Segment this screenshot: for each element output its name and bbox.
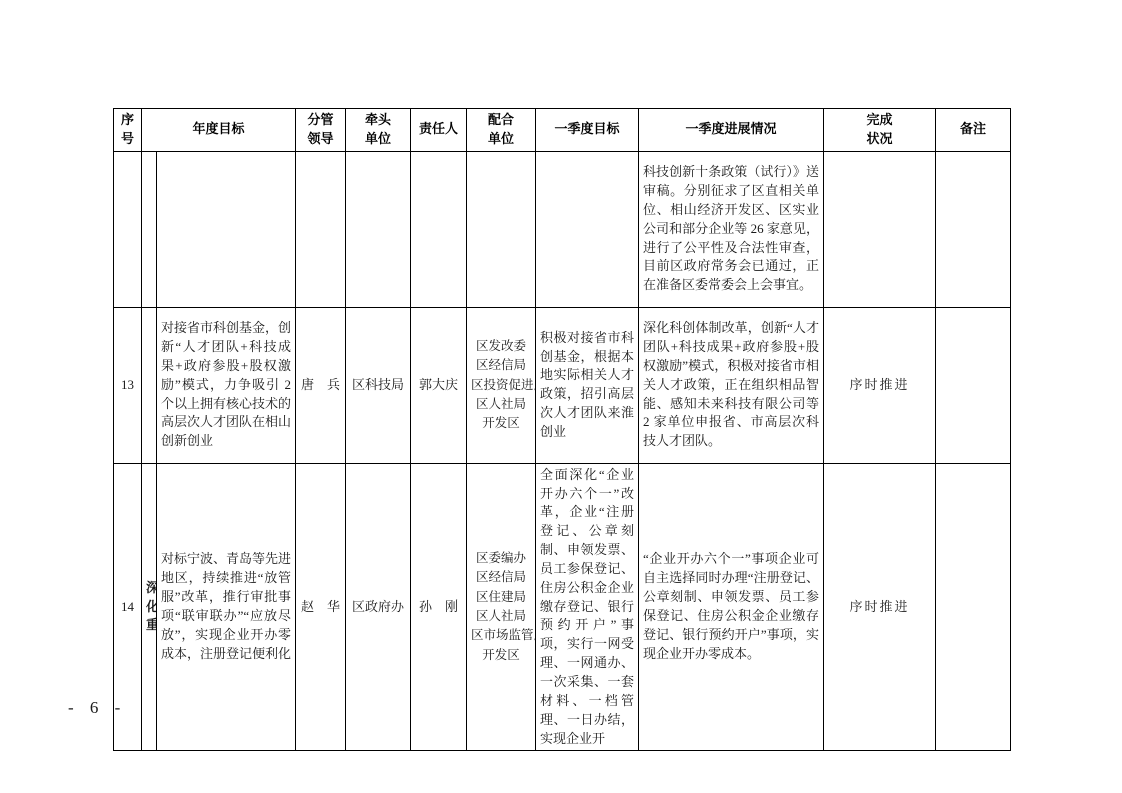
cell-annual-goal: 对接省市科创基金，创新“人才团队+科技成果+政府参股+股权激励”模式，力争吸引 … <box>157 307 296 463</box>
coop-unit: 开发区 <box>471 646 531 665</box>
table-header-row: 序号 年度目标 分管领导 牵头单位 责任人 配合单位 一季度目标 一季度进展情况… <box>114 109 1011 152</box>
header-q1-goal: 一季度目标 <box>536 109 639 152</box>
coop-unit: 开发区 <box>471 414 531 433</box>
cell-index <box>114 151 142 307</box>
cell-coop-units: 区发改委 区经信局 区投资促进局 区人社局 开发区 <box>467 307 536 463</box>
coop-unit: 区经信局 <box>471 568 531 587</box>
cell-index: 13 <box>114 307 142 463</box>
cell-status <box>824 151 936 307</box>
cell-lead-unit: 区政府办 <box>346 463 411 751</box>
table-row-13: 13 对接省市科创基金，创新“人才团队+科技成果+政府参股+股权激励”模式，力争… <box>114 307 1011 463</box>
coop-unit: 区人社局 <box>471 395 531 414</box>
cell-annual-goal: 对标宁波、青岛等先进地区，持续推进“放管服”改革，推行审批事项“联审联办”“应放… <box>157 463 296 751</box>
coop-unit: 区住建局 <box>471 588 531 607</box>
coop-unit: 区经信局 <box>471 356 531 375</box>
coop-unit: 区委编办 <box>471 549 531 568</box>
document-page: 序号 年度目标 分管领导 牵头单位 责任人 配合单位 一季度目标 一季度进展情况… <box>0 0 1122 793</box>
cell-lead-unit: 区科技局 <box>346 307 411 463</box>
header-coop-unit: 配合单位 <box>467 109 536 152</box>
cell-leader: 唐 兵 <box>296 307 346 463</box>
coop-unit: 区人社局 <box>471 607 531 626</box>
coop-unit: 区投资促进局 <box>471 376 531 395</box>
cell-coop-units <box>467 151 536 307</box>
cell-q1-goal <box>536 151 639 307</box>
cell-q1-goal: 全面深化“企业开办六个一”改革，企业“注册登记、公章刻制、申领发票、员工参保登记… <box>536 463 639 751</box>
cell-leader <box>296 151 346 307</box>
cell-person <box>411 151 467 307</box>
header-status: 完成状况 <box>824 109 936 152</box>
cell-q1-progress: 科技创新十条政策（试行）》送审稿。分别征求了区直相关单位、相山经济开发区、区实业… <box>639 151 824 307</box>
coop-unit: 区发改委 <box>471 337 531 356</box>
cell-annual-goal <box>157 151 296 307</box>
header-lead-unit: 牵头单位 <box>346 109 411 152</box>
cell-coop-units: 区委编办 区经信局 区住建局 区人社局 区市场监管局 开发区 <box>467 463 536 751</box>
progress-table: 序号 年度目标 分管领导 牵头单位 责任人 配合单位 一季度目标 一季度进展情况… <box>113 108 1011 751</box>
cell-q1-progress: 深化科创体制改革，创新“人才团队+科技成果+政府参股+股权激励”模式，积极对接省… <box>639 307 824 463</box>
page-number: - 6 - <box>68 698 126 718</box>
cell-q1-goal: 积极对接省市科创基金，根据本地实际相关人才政策，招引高层次人才团队来淮创业 <box>536 307 639 463</box>
coop-unit: 区市场监管局 <box>471 626 531 645</box>
cell-leader: 赵 华 <box>296 463 346 751</box>
cell-category <box>142 151 157 307</box>
cell-category <box>142 307 157 463</box>
table-row-continuation: 科技创新十条政策（试行）》送审稿。分别征求了区直相关单位、相山经济开发区、区实业… <box>114 151 1011 307</box>
cell-q1-progress: “企业开办六个一”事项企业可自主选择同时办理“注册登记、公章刻制、申领发票、员工… <box>639 463 824 751</box>
header-leader: 分管领导 <box>296 109 346 152</box>
cell-person: 郭大庆 <box>411 307 467 463</box>
cell-remark <box>936 151 1011 307</box>
cell-remark <box>936 463 1011 751</box>
cell-person: 孙 刚 <box>411 463 467 751</box>
cell-remark <box>936 307 1011 463</box>
header-person: 责任人 <box>411 109 467 152</box>
header-index: 序号 <box>114 109 142 152</box>
cell-category-label: 深化重 <box>142 463 157 751</box>
header-q1-progress: 一季度进展情况 <box>639 109 824 152</box>
table-row-14: 14 深化重 对标宁波、青岛等先进地区，持续推进“放管服”改革，推行审批事项“联… <box>114 463 1011 751</box>
cell-status: 序时推进 <box>824 307 936 463</box>
header-annual-goal: 年度目标 <box>142 109 296 152</box>
cell-status: 序时推进 <box>824 463 936 751</box>
header-remark: 备注 <box>936 109 1011 152</box>
cell-lead-unit <box>346 151 411 307</box>
